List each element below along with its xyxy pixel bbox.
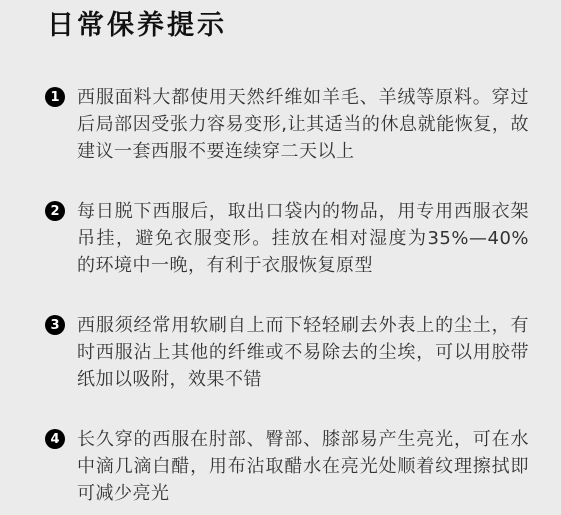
circled-number-icon: 1 xyxy=(45,87,65,107)
circled-number-icon: 3 xyxy=(45,315,65,335)
circled-number-icon: 4 xyxy=(45,429,65,449)
list-item: 1 西服面料大都使用天然纤维如羊毛、羊绒等原料。穿过后局部因受张力容易变形,让其… xyxy=(45,84,561,165)
tips-list: 1 西服面料大都使用天然纤维如羊毛、羊绒等原料。穿过后局部因受张力容易变形,让其… xyxy=(45,84,561,507)
tip-text: 西服面料大都使用天然纤维如羊毛、羊绒等原料。穿过后局部因受张力容易变形,让其适当… xyxy=(77,84,529,165)
list-item: 4 长久穿的西服在肘部、臀部、膝部易产生亮光，可在水中滴几滴白醋，用布沾取醋水在… xyxy=(45,426,561,507)
care-tips-panel: 日常保养提示 1 西服面料大都使用天然纤维如羊毛、羊绒等原料。穿过后局部因受张力… xyxy=(0,0,561,515)
list-item: 2 每日脱下西服后，取出口袋内的物品，用专用西服衣架吊挂，避免衣服变形。挂放在相… xyxy=(45,198,561,279)
tip-text: 长久穿的西服在肘部、臀部、膝部易产生亮光，可在水中滴几滴白醋，用布沾取醋水在亮光… xyxy=(77,426,529,507)
page-title: 日常保养提示 xyxy=(47,10,561,42)
list-item: 3 西服须经常用软刷自上而下轻轻刷去外表上的尘土，有时西服沾上其他的纤维或不易除… xyxy=(45,312,561,393)
tip-text: 每日脱下西服后，取出口袋内的物品，用专用西服衣架吊挂，避免衣服变形。挂放在相对湿… xyxy=(77,198,529,279)
circled-number-icon: 2 xyxy=(45,201,65,221)
tip-text: 西服须经常用软刷自上而下轻轻刷去外表上的尘土，有时西服沾上其他的纤维或不易除去的… xyxy=(77,312,529,393)
